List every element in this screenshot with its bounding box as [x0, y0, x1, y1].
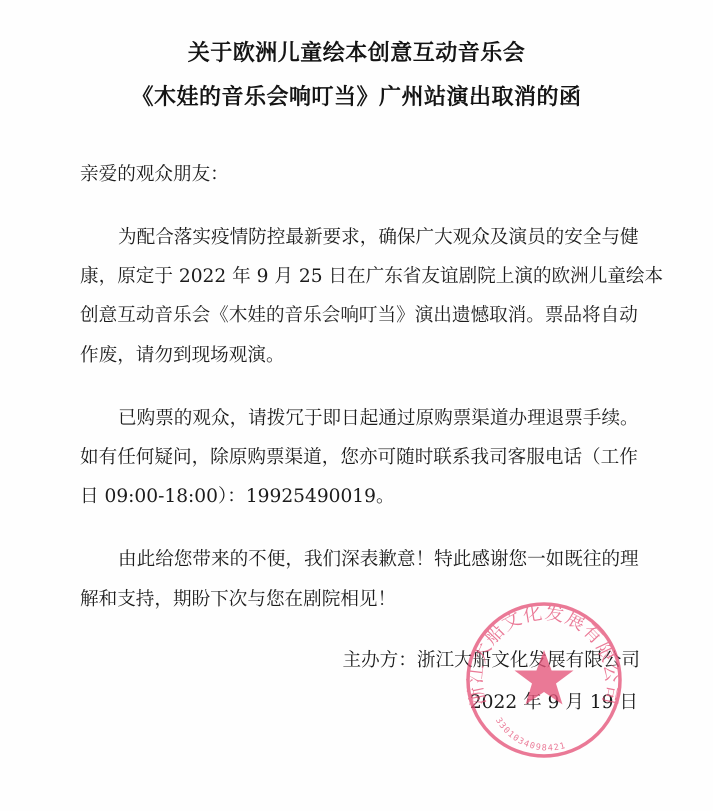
paragraph-line: 已购票的观众，请拨冗于即日起通过原购票渠道办理退票手续。	[118, 407, 639, 431]
paragraph-line: 康，原定于 2022 年 9 月 25 日在广东省友谊剧院上演的欧洲儿童绘本	[80, 265, 663, 289]
organizer-signature: 主办方：浙江大船文化发展有限公司	[342, 649, 640, 673]
company-seal-icon: 浙江大船文化发展有限公司 3301034098421	[464, 600, 624, 760]
letter-date: 2022 年 9 月 19 日	[470, 691, 638, 715]
salutation: 亲爱的观众朋友：	[80, 163, 229, 187]
paragraph-line: 由此给您带来的不便，我们深表歉意！特此感谢您一如既往的理	[118, 548, 639, 572]
paragraph-line: 为配合落实疫情防控最新要求，确保广大观众及演员的安全与健	[118, 226, 639, 250]
paragraph-line: 日 09:00-18:00）：19925490019。	[80, 485, 395, 509]
title-line-2: 《木娃的音乐会响叮当》广州站演出取消的函	[0, 80, 713, 111]
paragraph-line: 解和支持，期盼下次与您在剧院相见！	[80, 588, 396, 612]
title-line-1: 关于欧洲儿童绘本创意互动音乐会	[0, 36, 713, 67]
paragraph-line: 作废，请勿到现场观演。	[80, 344, 285, 368]
svg-text:3301034098421: 3301034098421	[493, 716, 567, 753]
letter-page: 关于欧洲儿童绘本创意互动音乐会 《木娃的音乐会响叮当》广州站演出取消的函 亲爱的…	[0, 0, 713, 811]
paragraph-line: 如有任何疑问，除原购票渠道，您亦可随时联系我司客服电话（工作	[80, 446, 638, 470]
paragraph-line: 创意互动音乐会《木娃的音乐会响叮当》演出遗憾取消。票品将自动	[80, 304, 638, 328]
